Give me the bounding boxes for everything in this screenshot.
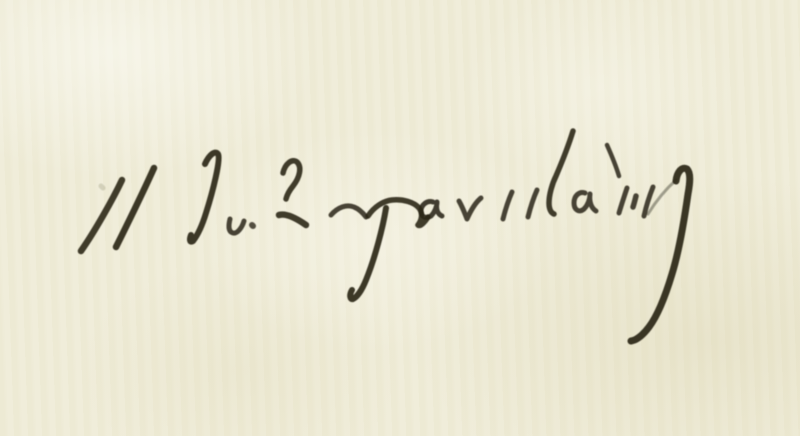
signature-stroke-tau [331, 206, 366, 217]
signature-stroke-sigma-curl [283, 161, 300, 199]
signature [0, 0, 800, 436]
signature-stroke-delta-dot [633, 196, 636, 207]
signature-stroke-upsilon [229, 219, 244, 233]
signature-stroke-delta-ascender [549, 131, 573, 214]
signature-stroke-alpha-2 [574, 193, 596, 211]
signature-strokes [81, 131, 690, 341]
signature-stroke-epsilon-ascender [190, 153, 219, 242]
signature-stroke-breathing-dot [252, 225, 253, 226]
signature-stroke-alpha [421, 202, 442, 218]
paper-background [0, 0, 800, 436]
signature-stroke-nu-tick [459, 198, 481, 219]
signature-stroke-rho-descender [350, 208, 386, 299]
signature-stroke-smudge-dot [101, 186, 103, 188]
signature-stroke-iota-1 [503, 192, 512, 219]
signature-stroke-accent-mark [607, 145, 619, 176]
signature-stroke-iota-2 [528, 190, 537, 217]
signature-stroke-sigma-base [279, 215, 306, 225]
signature-stroke-iota-3 [619, 188, 627, 213]
